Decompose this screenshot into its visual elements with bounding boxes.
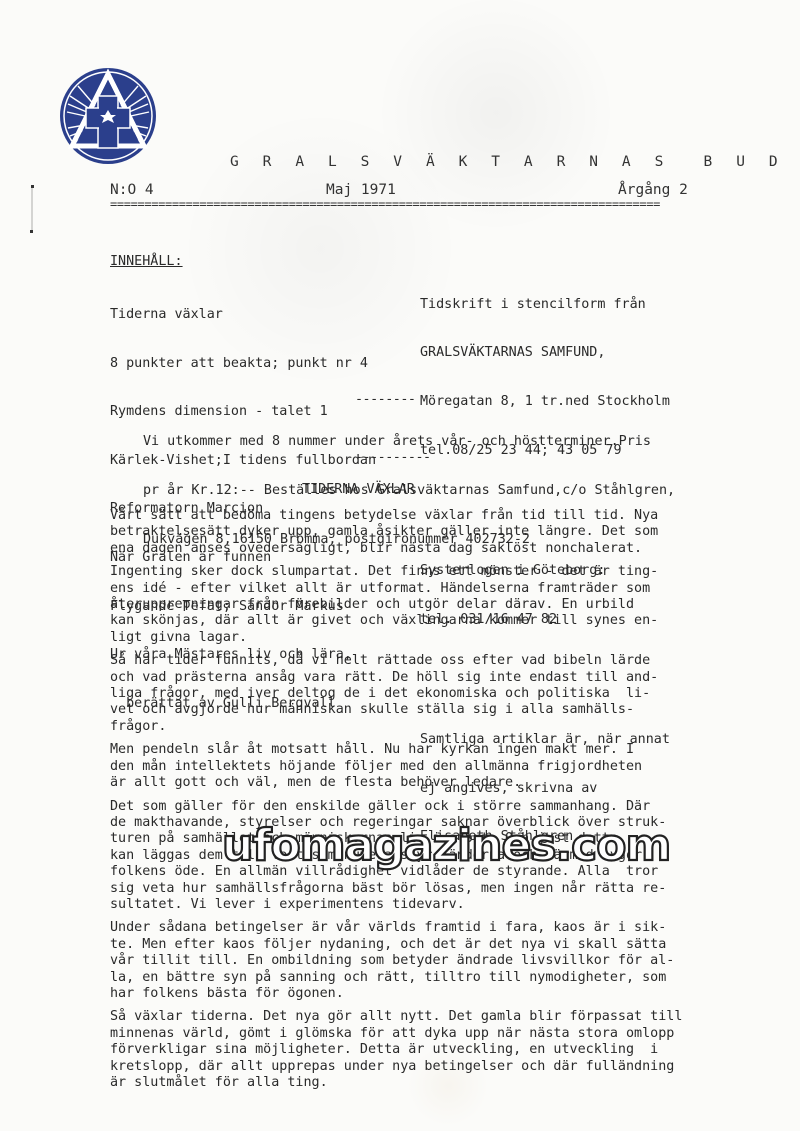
toc-heading: INNEHÅLL:	[110, 254, 376, 270]
article-paragraph: Under sådana betingelser är vår världs f…	[110, 920, 730, 1002]
paragraph-line: Vårt sätt att bedöma tingens betydelse v…	[110, 508, 730, 524]
article-body: Vårt sätt att bedöma tingens betydelse v…	[110, 508, 730, 1098]
article-paragraph: Så har tider funnits, då vi helt rättade…	[110, 653, 730, 735]
paragraph-line: te. Men efter kaos följer nydaning, och …	[110, 937, 730, 953]
paragraph-line: liga frågor, med iver deltog de i det ek…	[110, 686, 730, 702]
paragraph-line: ens idé - efter vilket allt är utformat.…	[110, 581, 730, 597]
newsletter-title: G R A L S V Ä K T A R N A S B U D S K A …	[230, 154, 800, 170]
paragraph-line: Ingenting sker dock slumpartat. Det finn…	[110, 564, 730, 580]
paragraph-line: är allt gott och väl, men de flesta behö…	[110, 775, 730, 791]
paragraph-line: vet och avgjorde hur människan skulle st…	[110, 702, 730, 718]
paragraph-line: har folkens bästa för ögonen.	[110, 986, 730, 1002]
subscription-line: Vi utkommer med 8 nummer under årets vår…	[143, 434, 675, 450]
issue-date: Maj 1971	[326, 182, 396, 198]
paragraph-line: återupprepningar från förebilder och utg…	[110, 597, 730, 613]
article-title: TIDERNA VÄXLAR	[302, 482, 415, 497]
paragraph-line: Så växlar tiderna. Det nya gör allt nytt…	[110, 1009, 730, 1025]
paragraph-line: betraktelsesätt dyker upp, gamla åsikter…	[110, 524, 730, 540]
issue-volume: Årgång 2	[618, 182, 688, 198]
paragraph-line: sig veta hur samhällsfrågorna bäst bör l…	[110, 881, 730, 897]
paragraph-line: kan skönjas, där allt är givet och växli…	[110, 613, 730, 629]
paragraph-line: Så har tider funnits, då vi helt rättade…	[110, 653, 730, 669]
paragraph-line: och vad prästerna ansåg vara rätt. De hö…	[110, 670, 730, 686]
double-rule-divider: ========================================…	[110, 197, 710, 211]
paragraph-line: Under sådana betingelser är vår världs f…	[110, 920, 730, 936]
margin-punch-mark	[28, 185, 36, 235]
article-paragraph: Ingenting sker dock slumpartat. Det finn…	[110, 564, 730, 646]
emblem-logo-icon	[58, 66, 158, 166]
paragraph-line: är slutmålet för alla ting.	[110, 1075, 730, 1091]
watermark: ufomagazines.com	[222, 820, 670, 871]
paragraph-line: la, en bättre syn på sanning och rätt, t…	[110, 970, 730, 986]
document-page: G R A L S V Ä K T A R N A S B U D S K A …	[0, 0, 800, 1131]
toc-item: 8 punkter att beakta; punkt nr 4	[110, 356, 376, 372]
paragraph-line: vår tillit till. En ombildning som betyd…	[110, 953, 730, 969]
paragraph-line: den mån intellektets höjande följer med …	[110, 759, 730, 775]
paragraph-line: sultatet. Vi lever i experimentens tidev…	[110, 897, 730, 913]
paragraph-line: förverkligar sina möjligheter. Detta är …	[110, 1042, 730, 1058]
article-paragraph: Men pendeln slår åt motsatt håll. Nu har…	[110, 742, 730, 791]
paragraph-line: Det som gäller för den enskilde gäller o…	[110, 799, 730, 815]
paragraph-line: kretslopp, där allt upprepas under nya b…	[110, 1059, 730, 1075]
paragraph-line: ligt givna lagar.	[110, 630, 730, 646]
paragraph-line: minnenas värld, gömt i glömska för att d…	[110, 1026, 730, 1042]
paragraph-line: ena dagen anses ovedersägligt, blir näst…	[110, 541, 730, 557]
toc-item: Tiderna växlar	[110, 307, 376, 323]
article-paragraph: Så växlar tiderna. Det nya gör allt nytt…	[110, 1009, 730, 1091]
issue-number: N:O 4	[110, 182, 154, 198]
paragraph-line: Men pendeln slår åt motsatt håll. Nu har…	[110, 742, 730, 758]
info-line: GRALSVÄKTARNAS SAMFUND,	[420, 345, 670, 361]
dash-separator: ----------	[355, 450, 431, 465]
article-paragraph: Vårt sätt att bedöma tingens betydelse v…	[110, 508, 730, 557]
paragraph-line: frågor.	[110, 719, 730, 735]
info-line: Tidskrift i stencilform från	[420, 297, 670, 313]
